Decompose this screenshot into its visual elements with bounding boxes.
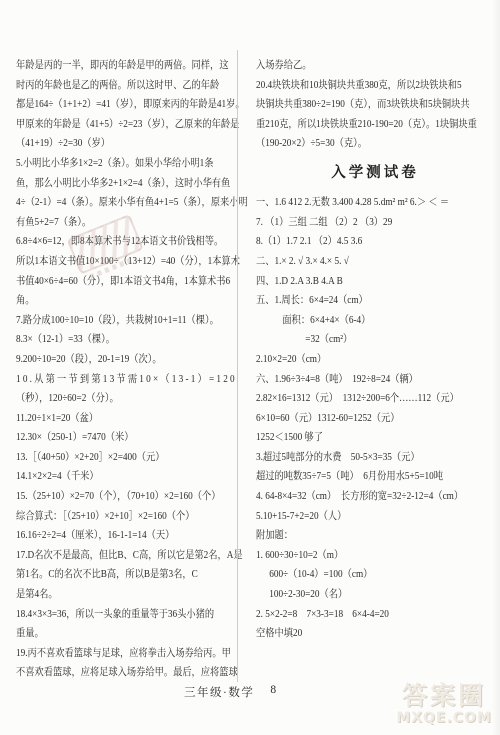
text-line: 五、1.周长：6×4=24（cm） — [256, 291, 465, 311]
column-divider — [237, 50, 238, 682]
text-line: 4. 64-8×4=32（cm） 长方形的宽=32÷2-12=4（cm） — [256, 487, 465, 507]
text-line: 鱼，那么小明比小华多2+1×2=4（条），这时小华有鱼 — [16, 174, 211, 194]
text-line: 块铜块共重380÷2=190（克），而3块铁块和5块铜块共 — [256, 95, 465, 115]
text-line: 11.20÷1×1=20（盆） — [16, 409, 211, 429]
text-line: 2.82×16=1312（元） 1312÷200=6个……112（元） — [256, 389, 465, 409]
text-line: 12.30×（250-1）=7470（米） — [16, 428, 211, 448]
text-line: 8.3×（12-1）=33（棵）。 — [16, 330, 211, 350]
text-line: 都是164÷（1+1+2）=41（岁），即原来丙的年龄是41岁。 — [16, 95, 211, 115]
text-line: 时丙的年龄也是乙的两倍。所以这时甲、乙的年龄 — [16, 76, 211, 96]
text-line: 四、1.D 2.A 3.B 4.A B — [256, 272, 465, 292]
text-line: 重量。 — [16, 624, 211, 644]
text-line: 二、1.× 2. √ 3.× 4.× 5. √ — [256, 252, 465, 272]
page-footer: 三年级·数学 8 — [184, 684, 278, 700]
text-line: 一、1.6 412 2.无数 3.400 4.28 5.dm² m² 6.＞ ＜… — [256, 193, 465, 213]
text-line: 2.10×2=20（cm） — [256, 350, 465, 370]
text-line: =32（cm²） — [256, 330, 465, 350]
text-line: 面积：6×4+4×（6-4） — [256, 311, 465, 331]
text-line: 2. 5×2-2=8 7×3-3=18 6×4-4=20 — [256, 605, 465, 625]
text-line: 1252＜1500 够了 — [256, 428, 465, 448]
text-line: 100÷2-30=20（名） — [256, 585, 465, 605]
text-line: 7. （1）三组 二组 （2）2 （3）29 — [256, 213, 465, 233]
text-line: （190-20×2）÷5=30（克）。 — [256, 134, 465, 154]
answer-circle-logo-text: 答案圈 — [390, 682, 498, 710]
footer-grade-subject: 三年级·数学 — [184, 684, 254, 700]
text-line: 13.［（40+50）×2+20］×2=400（元） — [16, 448, 211, 468]
text-line: 19.丙不喜欢看篮球与足球，应将拳击入场券给丙。甲 — [16, 644, 211, 664]
text-line: 超过的吨数35÷7=5（吨） 6月份用水5+5=10吨 — [256, 467, 465, 487]
text-line: 16.16÷2÷2=4（厘米），16-1-1=14（天） — [16, 526, 211, 546]
section-title: 入学测试卷 — [256, 154, 494, 193]
text-line: 8.（1）1.7 2.1 （2）4.5 3.6 — [256, 232, 465, 252]
text-line: 1. 600÷30÷10=2（m） — [256, 546, 465, 566]
text-line: 3.超过5吨部分的水费 50-5×3=35（元） — [256, 448, 465, 468]
left-column: 年龄是丙的一半，即丙的年龄是甲的两倍。同样，这时丙的年龄也是乙的两倍。所以这时甲… — [16, 56, 238, 683]
text-line: （41+19）÷2=30（岁） — [16, 134, 211, 154]
brand-watermark: 答案圈 MXQE.COM — [390, 682, 498, 726]
text-line: 4÷（2-1）=4（条）。原来小华有鱼4+1=5（条），原来小明 — [16, 193, 211, 213]
text-line: 15.（25+10）×2=70（个），（70+10）×2=160（个） — [16, 487, 211, 507]
text-line: 7.路分成100÷10=10（段），共栽树10+1=11（棵）。 — [16, 311, 211, 331]
workbook-answer-page: 年龄是丙的一半，即丙的年龄是甲的两倍。同样，这时丙的年龄也是乙的两倍。所以这时甲… — [0, 0, 500, 735]
text-line: 18.4×3×3=36，所以一头象的重量等于36头小猪的 — [16, 605, 211, 625]
text-line: 甲原来的年龄是（41+5）÷2=23（岁），乙原来的年龄是 — [16, 115, 211, 135]
text-line: 第1名。C的名次不比B高，所以B是第3名，C — [16, 565, 211, 585]
footer-page-number: 8 — [270, 684, 277, 700]
text-line: 17.D名次不是最高，但比B、C高，所以它是第2名，A是 — [16, 546, 211, 566]
text-line: 六、1.96÷3÷4=8（吨） 192÷8=24（辆） — [256, 370, 465, 390]
text-line: 600÷（10-4）=100（cm） — [256, 565, 465, 585]
text-line: 是第4名。 — [16, 585, 211, 605]
text-line: 20.4块铁块和10块铜块共重380克，所以2块铁块和5 — [256, 76, 465, 96]
text-line: 不喜欢看篮球，应将足球入场券给甲。最后，应将篮球 — [16, 663, 211, 683]
text-line: （秒），120÷60=2（分）。 — [16, 389, 211, 409]
text-line: 综合算式：［（25+10）×2+10］×2=160（个） — [16, 507, 211, 527]
text-line: 入场券给乙。 — [256, 56, 465, 76]
right-column: 入场券给乙。20.4块铁块和10块铜块共重380克，所以2块铁块和5块铜块共重3… — [256, 56, 494, 644]
text-line: 年龄是丙的一半，即丙的年龄是甲的两倍。同样，这 — [16, 56, 211, 76]
mxqe-url-text: MXQE.COM — [390, 710, 498, 726]
text-line: 5.小明比小华多1×2=2（条）。如果小华给小明1条 — [16, 154, 211, 174]
text-line: 6×10=60（元）1312-60=1252（元） — [256, 409, 465, 429]
text-line: 9.200÷10=20（段），20-1=19（次）。 — [16, 350, 211, 370]
text-line: 14.1×2×2=4（千米） — [16, 467, 211, 487]
text-line: 附加题： — [256, 526, 465, 546]
text-line: 角。 — [16, 291, 211, 311]
text-line: 空格中填20 — [256, 624, 465, 644]
text-line: 5.10+15-7+2=20（人） — [256, 507, 465, 527]
text-line: 重210克，所以1块铁块重210-190=20（克）。1块铜块重 — [256, 115, 465, 135]
text-line: 10.从第一节到第13节需10×（13-1）=120 — [16, 370, 211, 390]
